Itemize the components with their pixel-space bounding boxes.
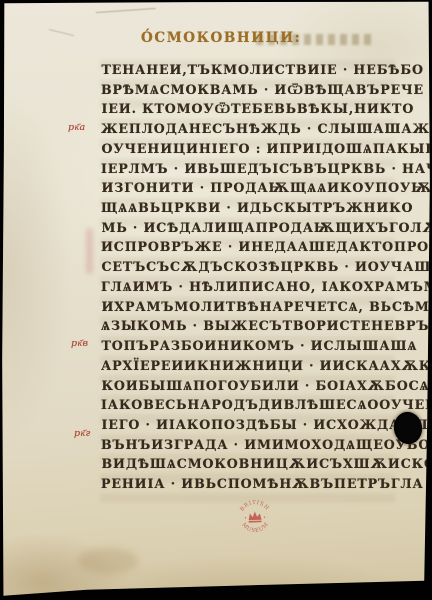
text-line: РЕНИІА · ИВЬСПОМѢНѪВЪПЕТРЪГЛА [101, 474, 401, 494]
text-block: ТЕНАНЕИ,ТЪКМОЛИСТВИІЕ · НЕБѢБО ВРѢМѦСМОК… [101, 60, 401, 494]
text-line: СЕТЪСЪСѪДЪСКОЗѢЦРКВЬ · ИОУЧАШЕѦ [102, 257, 402, 277]
pencil-scribble [96, 8, 156, 18]
text-line: ІАКОВЕСЬНАРОДЪДИВЛѢШЕСѦООУЧЕНИ [101, 395, 401, 415]
text-line: ВИДѢШѦСМОКОВНИЦѪИСЪХШѪИСКО [102, 454, 402, 474]
text-line: ТОПЪРАЗБОИНИКОМЪ · ИСЛЫШАШѦ [102, 336, 402, 356]
text-line: ИХРАМЪМОЛИТВѢНАРЕЧЕТСѦ, ВЬСѢМЪ [102, 297, 402, 317]
stamp-top-text: BRITISH [239, 499, 270, 512]
text-line: ВЪНЪИЗГРАДА · ИМИМОХОДѦЩЕОУБО [101, 435, 401, 455]
text-line: ІЕРЛМЪ · ИВЬШЕДЪІСЪВЪЦРКВЬ · НАЧѦТЪ [101, 159, 401, 179]
margin-section-number: рк҃г [74, 428, 91, 439]
svg-text:BRITISH: BRITISH [239, 499, 270, 512]
text-line: ТЕНАНЕИ,ТЪКМОЛИСТВИІЕ · НЕБѢБО [102, 60, 402, 80]
text-line: АРХЇЕРЕИИКНИЖНИЦИ · ИИСКААХѪКА [101, 356, 401, 376]
margin-section-number: рк҃в [71, 338, 89, 349]
red-ink-smear [86, 228, 93, 274]
parchment-stain [78, 548, 138, 574]
manuscript-photo: О́СМОКОВНИЦИ: ТЕНАНЕИ,ТЪКМОЛИСТВИІЕ · НЕ… [0, 0, 432, 600]
crown-icon [245, 511, 266, 523]
margin-section-number: рк҃а [68, 122, 86, 133]
british-museum-stamp: BRITISH MUSEUM [234, 499, 275, 534]
text-line: ИЗГОНИТИ · ПРОДАѬЩѦѦИКОУПОУѬ [102, 178, 402, 198]
chapter-heading: О́СМОКОВНИЦИ: [141, 30, 301, 46]
stamp-bottom-text: MUSEUM [240, 521, 270, 534]
parchment-page: О́СМОКОВНИЦИ: ТЕНАНЕИ,ТЪКМОЛИСТВИІЕ · НЕ… [0, 0, 432, 600]
text-line: ОУЧЕНИЦИНІЕГО : ИПРИІДОШѦПАКЫВЬ [102, 139, 402, 159]
pencil-scribble [48, 29, 74, 40]
text-line: ЖЕПЛОДАНЕСЪНѢЖДЬ · СЛЫШАШАЖЕ [101, 119, 401, 139]
text-line: ІЕГО · ИІАКОПОЗДѢБЫ · ИСХОЖДААШЕ [102, 415, 402, 435]
svg-text:MUSEUM: MUSEUM [240, 521, 270, 534]
text-line: ГЛѦИМЪ · НѢЛИПИСАНО, ІАКОХРАМЪМО [101, 277, 401, 297]
text-line: ВРѢМѦСМОКВАМЬ · ИѾВѢЩАВЪРЕЧЕ [101, 80, 401, 100]
text-line: ІЕИ. КТОМОУѾТЕБЕВЬВѢКЫ,НИКТО [102, 99, 402, 119]
text-line: ИСПРОВРЪЖЕ · ИНЕДААШЕДАКТОПРОНЕ [101, 237, 401, 257]
text-line: ѦЗЫКОМЬ · ВЫЖЕСЪТВОРИСТЕНЕВРЪ [101, 316, 401, 336]
text-line: МЬ · ИСѢДАЛИЩАПРОДАѬЩИХЪГОЛѪБИ [102, 218, 402, 238]
text-line: ЩѦѦВЬЦРКВИ · ИДЬСКЫТРЪЖНИКО [101, 198, 401, 218]
text-line: КОИБЫШѦПОГОУБИЛИ · БОІАХѪБОСѦ [102, 376, 402, 396]
